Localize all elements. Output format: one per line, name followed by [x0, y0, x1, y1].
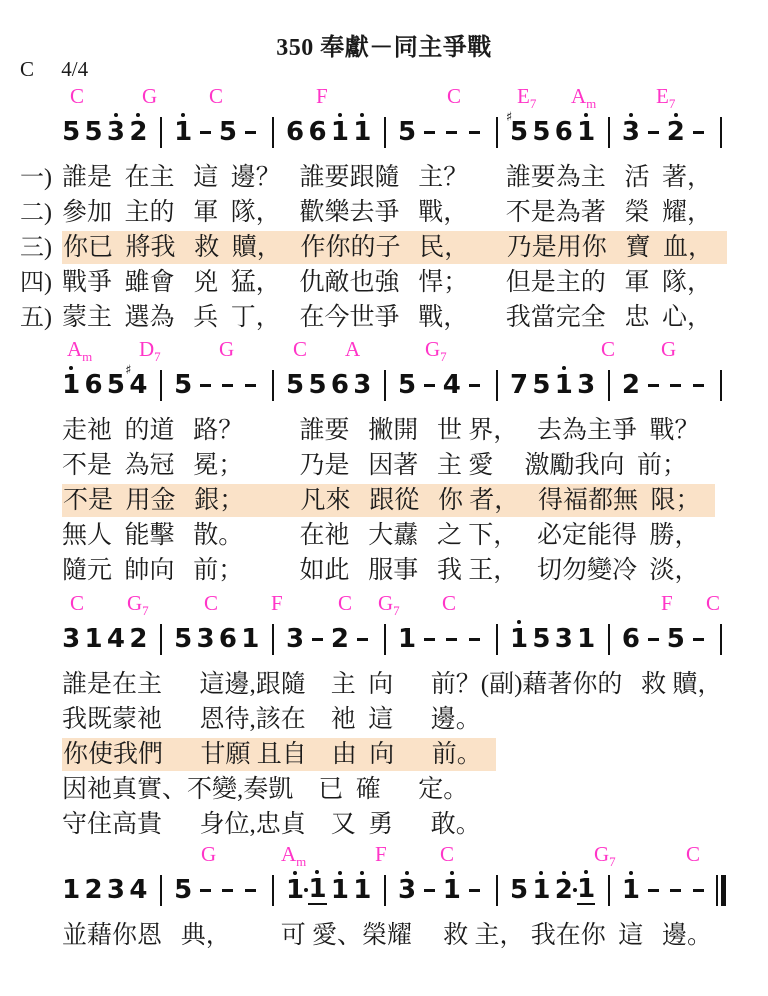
note: 6 [329, 367, 351, 403]
lyric-line: 二)參加 主的 軍 隊， 歡樂去爭 戰， 不是為著 榮 耀， [0, 195, 768, 230]
note-dash [687, 621, 709, 657]
note: 1 [239, 621, 261, 657]
chord-label: E7 [517, 84, 536, 116]
barline [150, 872, 172, 908]
note: 1 [575, 621, 597, 657]
page-title: 350 奉獻－同主爭戰 [0, 27, 768, 62]
note-dash [217, 367, 239, 403]
verse-number: 三) [20, 231, 62, 266]
note: 1 [351, 114, 373, 150]
barline [485, 367, 507, 403]
note: 1 [530, 872, 552, 908]
note: 1 [60, 872, 82, 908]
note: 1 [508, 621, 530, 657]
note-dash [217, 872, 239, 908]
chord-label: F [661, 591, 673, 615]
note: 3 [105, 114, 127, 150]
lyric-text: 蒙主 選為 兵 丁， 在今世爭 戰， 我當完全 忠 心， [62, 304, 712, 331]
note: 5 [172, 872, 194, 908]
barline [373, 621, 395, 657]
note-dash [642, 367, 664, 403]
lyric-line: 隨元 帥向 前； 如此 服事 我 王， 切勿變冷 淡， [0, 553, 768, 588]
lyric-text: 參加 主的 軍 隊， 歡樂去爭 戰， 不是為著 榮 耀， [62, 199, 712, 226]
system-3: CG7CFCG7CFC31425361321153165誰是在主 這邊,跟隨 主… [0, 591, 768, 842]
lyric-text: 守住高貴 身位,忠貞 又 勇 敢。 [62, 811, 481, 838]
note: 5 [60, 114, 82, 150]
note: 1 [60, 367, 82, 403]
octave-dot [517, 620, 521, 624]
note: 1 [329, 114, 351, 150]
chord-label: C [204, 591, 218, 615]
barline [709, 114, 731, 150]
note-dash [418, 621, 440, 657]
note-dash [463, 367, 485, 403]
system-1: CGCFCE7AmE755321566115♯556132一)誰是 在主 這 邊… [0, 84, 768, 335]
chord-row: AmD7GCAG7CG [0, 337, 768, 363]
lyric-line: 三)你已 將我 救 贖， 作你的子 民， 乃是用你 寶 血， [0, 230, 768, 265]
note-dash [441, 621, 463, 657]
barline [709, 621, 731, 657]
barline [597, 114, 619, 150]
note-dash [441, 114, 463, 150]
note: 3 [396, 872, 418, 908]
note: 5 [172, 367, 194, 403]
lyric-text: 誰是在主 這邊,跟隨 主 向 前？(副)藉著你的 救 贖， [62, 671, 722, 698]
barline [150, 367, 172, 403]
barline [485, 621, 507, 657]
lyric-text: 誰是 在主 這 邊？ 誰要跟隨 主？ 誰要為主 活 著， [62, 164, 712, 191]
octave-dot [181, 113, 185, 117]
chord-label: F [316, 84, 328, 108]
barline [597, 872, 619, 908]
note: 1 [172, 114, 194, 150]
notation-row: 55321566115♯556132 [60, 110, 768, 154]
lyric-text: 因祂真實、不變,奏凱 已 確 定。 [62, 776, 468, 803]
lyrics-block: 走祂 的道 路？ 誰要 撇開 世 界， 去為主爭 戰？不是 為冠 冕； 乃是 因… [0, 413, 768, 588]
barline [373, 114, 395, 150]
octave-dot [584, 870, 588, 874]
chord-label: G [142, 84, 157, 108]
octave-dot [629, 871, 633, 875]
lyric-text: 我既蒙祂 恩待,該在 祂 這 邊。 [62, 706, 481, 733]
lyric-line: 我既蒙祂 恩待,該在 祂 這 邊。 [0, 702, 768, 737]
note: 3 [620, 114, 642, 150]
verse-number: 二) [20, 196, 62, 231]
barline [597, 367, 619, 403]
lyric-line: 守住高貴 身位,忠貞 又 勇 敢。 [0, 807, 768, 842]
chord-label: G [661, 337, 676, 361]
octave-dot [136, 113, 140, 117]
note-dash [463, 114, 485, 150]
octave-dot [69, 366, 73, 370]
barline [262, 621, 284, 657]
note: 6 [306, 114, 328, 150]
chord-label: G7 [425, 337, 447, 369]
barline [262, 114, 284, 150]
note-dash [418, 367, 440, 403]
lyric-line: 並藉你恩 典， 可 愛、榮耀 救 主， 我在你 這 邊。 [0, 918, 768, 953]
note: 3 [60, 621, 82, 657]
lyric-line: 不是 用金 銀； 凡來 跟從 你 者， 得福都無 限； [0, 483, 768, 518]
lyric-line: 誰是在主 這邊,跟隨 主 向 前？(副)藉著你的 救 贖， [0, 667, 768, 702]
chord-row: CG7CFCG7CFC [0, 591, 768, 617]
chord-label: C [686, 842, 700, 866]
chord-label: Am [281, 842, 306, 874]
lyric-text: 並藉你恩 典， 可 愛、榮耀 救 主， 我在你 這 邊。 [62, 922, 712, 949]
octave-dot [338, 871, 342, 875]
note-dash [665, 872, 687, 908]
chord-label: C [70, 84, 84, 108]
final-barline [709, 872, 731, 908]
note: 1 [553, 367, 575, 403]
time-signature: 4/4 [61, 57, 88, 81]
octave-dot [629, 113, 633, 117]
octave-dot [293, 871, 297, 875]
octave-dot [360, 871, 364, 875]
lyric-text: 你已 將我 救 贖， 作你的子 民， 乃是用你 寶 血， [62, 231, 727, 264]
note-dash [463, 872, 485, 908]
lyric-line: 一)誰是 在主 這 邊？ 誰要跟隨 主？ 誰要為主 活 著， [0, 160, 768, 195]
notation-row: 1234511113151211 [60, 868, 768, 912]
note: 6 [217, 621, 239, 657]
note-dash [642, 872, 664, 908]
lyrics-block: 誰是在主 這邊,跟隨 主 向 前？(副)藉著你的 救 贖，我既蒙祂 恩待,該在 … [0, 667, 768, 842]
chord-label: Am [67, 337, 92, 369]
note: 3 [105, 872, 127, 908]
note: 1 [351, 872, 373, 908]
octave-dot [315, 870, 319, 874]
octave-dot [338, 113, 342, 117]
barline [373, 872, 395, 908]
verse-number: 五) [20, 301, 62, 336]
chord-label: C [442, 591, 456, 615]
system-4: GAmFCG7C1234511113151211並藉你恩 典， 可 愛、榮耀 救… [0, 842, 768, 953]
lyric-text: 無人 能擊 散。 在祂 大纛 之 下， 必定能得 勝， [62, 522, 700, 549]
chord-label: D7 [139, 337, 161, 369]
chord-label: E7 [656, 84, 675, 116]
note: ♯5 [508, 114, 530, 150]
barline [262, 872, 284, 908]
note: 5 [396, 367, 418, 403]
lyric-line: 五)蒙主 選為 兵 丁， 在今世爭 戰， 我當完全 忠 心， [0, 300, 768, 335]
chord-row: GAmFCG7C [0, 842, 768, 868]
note: 1 [620, 872, 642, 908]
lyrics-block: 一)誰是 在主 這 邊？ 誰要跟隨 主？ 誰要為主 活 著，二)參加 主的 軍 … [0, 160, 768, 335]
lyric-line: 你使我們 甘願 且自 由 向 前。 [0, 737, 768, 772]
note: 2 [329, 621, 351, 657]
note: 3 [194, 621, 216, 657]
octave-dot [114, 113, 118, 117]
note: 5 [82, 114, 104, 150]
note: 5 [396, 114, 418, 150]
lyric-line: 四)戰爭 雖會 兇 猛， 仇敵也強 悍； 但是主的 軍 隊， [0, 265, 768, 300]
note: 1 [329, 872, 351, 908]
chord-label: G [219, 337, 234, 361]
note: 5 [306, 367, 328, 403]
octave-dot [539, 871, 543, 875]
note: 4 [441, 367, 463, 403]
note: 2 [620, 367, 642, 403]
note: 3 [284, 621, 306, 657]
note: 6 [284, 114, 306, 150]
chord-label: C [338, 591, 352, 615]
note: 1 [82, 621, 104, 657]
note-dash [687, 114, 709, 150]
note: 1 [284, 872, 306, 908]
note: 3 [351, 367, 373, 403]
note-dash [239, 367, 261, 403]
chord-label: G7 [594, 842, 616, 874]
octave-dot [405, 871, 409, 875]
note: 3 [575, 367, 597, 403]
chord-label: C [706, 591, 720, 615]
octave-dot [674, 113, 678, 117]
note: 2 [127, 621, 149, 657]
note: ♯4 [127, 367, 149, 403]
chord-label: G7 [378, 591, 400, 623]
note: 5 [217, 114, 239, 150]
note: 6 [620, 621, 642, 657]
barline [150, 114, 172, 150]
note: 5 [530, 621, 552, 657]
note: 6 [553, 114, 575, 150]
note: 5 [530, 114, 552, 150]
note-dash [239, 872, 261, 908]
lyric-line: 不是 為冠 冕； 乃是 因著 主 愛 激勵我向 前； [0, 448, 768, 483]
lyric-text: 不是 用金 銀； 凡來 跟從 你 者， 得福都無 限； [62, 484, 715, 517]
chord-label: C [601, 337, 615, 361]
verse-number: 四) [20, 266, 62, 301]
note: 1 [441, 872, 463, 908]
note: 1 [306, 872, 328, 908]
note-dash [418, 114, 440, 150]
lyric-text: 走祂 的道 路？ 誰要 撇開 世 界， 去為主爭 戰？ [62, 417, 700, 444]
lyric-text: 不是 為冠 冕； 乃是 因著 主 愛 激勵我向 前； [62, 452, 687, 479]
barline [262, 367, 284, 403]
note: 1 [396, 621, 418, 657]
barline [485, 872, 507, 908]
lyric-text: 你使我們 甘願 且自 由 向 前。 [62, 738, 496, 771]
note-dash [351, 621, 373, 657]
system-2: AmD7GCAG7CG165♯4555635475132走祂 的道 路？ 誰要 … [0, 337, 768, 588]
verse-number: 一) [20, 161, 62, 196]
notation-row: 31425361321153165 [60, 617, 768, 661]
note: 6 [82, 367, 104, 403]
note: 2 [82, 872, 104, 908]
chord-label: C [70, 591, 84, 615]
note-dash [194, 367, 216, 403]
chord-label: C [440, 842, 454, 866]
lyric-line: 因祂真實、不變,奏凱 已 確 定。 [0, 772, 768, 807]
chord-label: F [375, 842, 387, 866]
note: 1 [575, 872, 597, 908]
note: 5 [172, 621, 194, 657]
lyrics-block: 並藉你恩 典， 可 愛、榮耀 救 主， 我在你 這 邊。 [0, 918, 768, 953]
hymn-sheet-page: 350 奉獻－同主爭戰 C 4/4 CGCFCE7AmE755321566115… [0, 0, 768, 996]
note-dash [194, 872, 216, 908]
barline [373, 367, 395, 403]
chord-label: A [345, 337, 360, 361]
chord-label: G [201, 842, 216, 866]
lyric-line: 無人 能擊 散。 在祂 大纛 之 下， 必定能得 勝， [0, 518, 768, 553]
lyric-line: 走祂 的道 路？ 誰要 撇開 世 界， 去為主爭 戰？ [0, 413, 768, 448]
note: 3 [553, 621, 575, 657]
octave-dot [562, 366, 566, 370]
octave-dot [450, 871, 454, 875]
note: 5 [530, 367, 552, 403]
note-dash [418, 872, 440, 908]
chord-label: C [209, 84, 223, 108]
note: 7 [508, 367, 530, 403]
barline [485, 114, 507, 150]
octave-dot [584, 113, 588, 117]
lyric-text: 隨元 帥向 前； 如此 服事 我 王， 切勿變冷 淡， [62, 557, 700, 584]
note-dash [306, 621, 328, 657]
note: 1 [575, 114, 597, 150]
note: 4 [127, 872, 149, 908]
lyric-text: 戰爭 雖會 兇 猛， 仇敵也強 悍； 但是主的 軍 隊， [62, 269, 712, 296]
chord-label: F [271, 591, 283, 615]
barline [597, 621, 619, 657]
chord-label: C [293, 337, 307, 361]
note-dash [642, 114, 664, 150]
note-dash [463, 621, 485, 657]
note: 5 [284, 367, 306, 403]
note: 2 [127, 114, 149, 150]
chord-row: CGCFCE7AmE7 [0, 84, 768, 110]
note: 5 [665, 621, 687, 657]
note-dash [665, 367, 687, 403]
note: 4 [105, 621, 127, 657]
chord-label: Am [571, 84, 596, 116]
note: 5 [508, 872, 530, 908]
chord-label: C [447, 84, 461, 108]
key-signature: C [20, 57, 34, 81]
barline [150, 621, 172, 657]
note-dash [642, 621, 664, 657]
note-dash [687, 367, 709, 403]
note-dash [194, 114, 216, 150]
octave-dot [360, 113, 364, 117]
key-time-line: C 4/4 [20, 57, 88, 82]
note-dash [239, 114, 261, 150]
barline [709, 367, 731, 403]
note: 5 [105, 367, 127, 403]
note: 2 [553, 872, 575, 908]
note: 2 [665, 114, 687, 150]
chord-label: G7 [127, 591, 149, 623]
octave-dot [562, 871, 566, 875]
notation-row: 165♯4555635475132 [60, 363, 768, 407]
note-dash [687, 872, 709, 908]
